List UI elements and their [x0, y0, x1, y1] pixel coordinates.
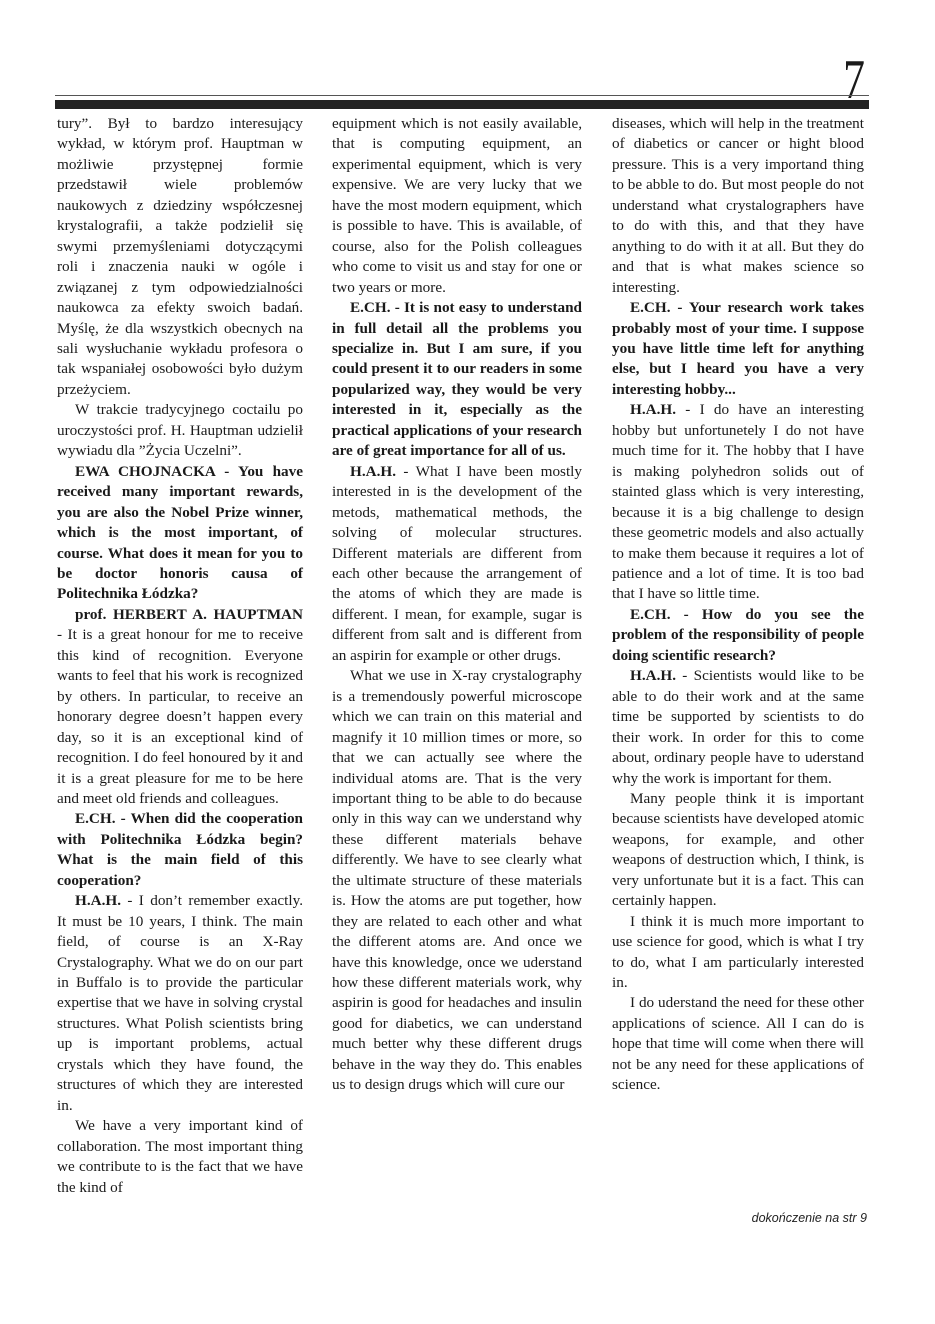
speaker-name: EWA CHOJNACKA [75, 463, 215, 480]
interview-answer: H.A.H. - I do have an interesting hobby … [612, 400, 864, 605]
interview-answer: H.A.H. - I don’t remember exactly. It mu… [57, 891, 303, 1116]
interview-question: E.CH. - How do you see the problem of th… [612, 605, 864, 666]
body-paragraph: W trakcie tradycyjnego coctailu po urocz… [57, 400, 303, 461]
paragraph-text: I do uderstand the need for these other … [612, 994, 864, 1093]
body-paragraph: diseases, which will help in the treatme… [612, 114, 864, 298]
paragraph-text: equipment which is not easily available,… [332, 115, 582, 296]
header-rule-thick [55, 100, 869, 109]
paragraph-text: - It is not easy to understand in full d… [332, 299, 582, 459]
interview-answer: prof. HERBERT A. HAUPTMAN - It is a grea… [57, 605, 303, 810]
column-3: diseases, which will help in the treatme… [612, 114, 864, 1096]
body-paragraph: I think it is much more important to use… [612, 912, 864, 994]
body-paragraph: We have a very important kind of collabo… [57, 1116, 303, 1198]
paragraph-text: - It is a great honour for me to receive… [57, 626, 303, 807]
column-1: tury”. Był to bardzo interesujący wykład… [57, 114, 303, 1198]
body-paragraph: Many people think it is important becaus… [612, 789, 864, 912]
continuation-note: dokończenie na str 9 [752, 1211, 867, 1225]
paragraph-text: tury”. Był to bardzo interesujący wykład… [57, 115, 303, 398]
paragraph-text: What we use in X-ray crystalography is a… [332, 667, 582, 1093]
interview-question: EWA CHOJNACKA - You have received many i… [57, 462, 303, 605]
column-2: equipment which is not easily available,… [332, 114, 582, 1096]
paragraph-text: I think it is much more important to use… [612, 913, 864, 991]
speaker-name: H.A.H. [350, 463, 396, 480]
interview-question: E.CH. - When did the cooperation with Po… [57, 809, 303, 891]
speaker-name: E.CH. [350, 299, 391, 316]
paragraph-text: - I don’t remember exactly. It must be 1… [57, 892, 303, 1114]
interview-answer: H.A.H. - What I have been mostly interes… [332, 462, 582, 667]
speaker-name: prof. HERBERT A. HAUPTMAN [75, 606, 303, 623]
paragraph-text: - What I have been mostly interested in … [332, 463, 582, 664]
interview-question: E.CH. - It is not easy to understand in … [332, 298, 582, 462]
interview-question: E.CH. - Your research work takes probabl… [612, 298, 864, 400]
paragraph-text: - You have received many important rewar… [57, 463, 303, 603]
speaker-name: E.CH. [75, 810, 116, 827]
speaker-name: H.A.H. [630, 401, 676, 418]
speaker-name: E.CH. [630, 606, 671, 623]
speaker-name: H.A.H. [630, 667, 676, 684]
body-paragraph: tury”. Był to bardzo interesujący wykład… [57, 114, 303, 400]
header-rule-thin [55, 95, 869, 96]
speaker-name: E.CH. [630, 299, 671, 316]
interview-answer: H.A.H. - Scientists would like to be abl… [612, 666, 864, 789]
body-paragraph: What we use in X-ray crystalography is a… [332, 666, 582, 1096]
paragraph-text: We have a very important kind of collabo… [57, 1117, 303, 1195]
speaker-name: H.A.H. [75, 892, 121, 909]
paragraph-text: Many people think it is important becaus… [612, 790, 864, 909]
body-paragraph: I do uderstand the need for these other … [612, 993, 864, 1095]
paragraph-text: - I do have an interesting hobby but unf… [612, 401, 864, 602]
body-paragraph: equipment which is not easily available,… [332, 114, 582, 298]
paragraph-text: W trakcie tradycyjnego coctailu po urocz… [57, 401, 303, 459]
paragraph-text: - Scientists would like to be able to do… [612, 667, 864, 786]
paragraph-text: diseases, which will help in the treatme… [612, 115, 864, 296]
